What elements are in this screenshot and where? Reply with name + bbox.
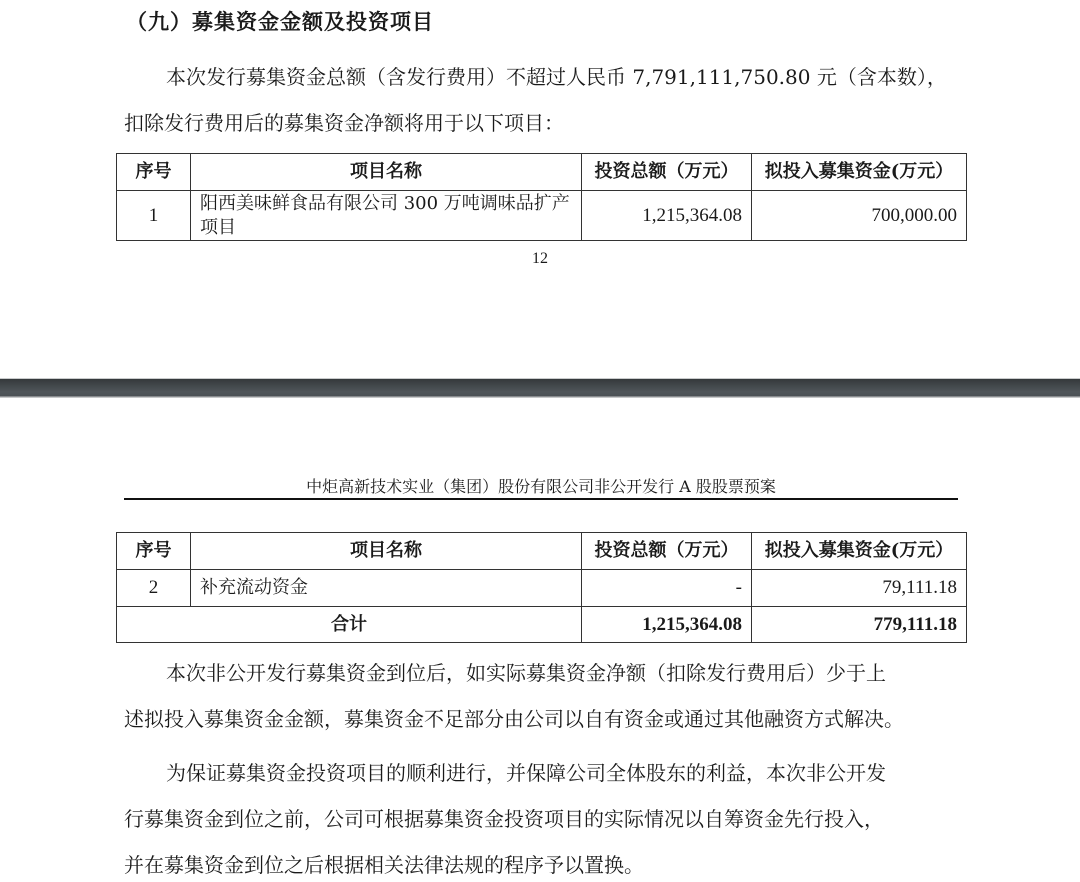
shortfall-paragraph-line: 本次非公开发行募集资金到位后，如实际募集资金净额（扣除发行费用后）少于上 — [124, 650, 974, 696]
shortfall-paragraph: 本次非公开发行募集资金到位后，如实际募集资金净额（扣除发行费用后）少于上 述拟投… — [124, 650, 974, 742]
total-label: 合计 — [117, 607, 582, 643]
shortfall-paragraph-line: 述拟投入募集资金金额，募集资金不足部分由公司以自有资金或通过其他融资方式解决。 — [124, 696, 974, 742]
row-project-name: 补充流动资金 — [191, 570, 582, 607]
header-raised-funds: 拟投入募集资金(万元） — [752, 154, 967, 191]
intro-paragraph-line: 本次发行募集资金总额（含发行费用）不超过人民币 7,791,111,750.80… — [124, 54, 974, 100]
header-raised-funds: 拟投入募集资金(万元） — [752, 533, 967, 570]
header-total-investment: 投资总额（万元） — [582, 533, 752, 570]
header-index: 序号 — [117, 154, 191, 191]
row-index: 2 — [117, 570, 191, 607]
section-title: （九）募集资金金额及投资项目 — [126, 6, 434, 38]
row-index: 1 — [117, 191, 191, 241]
row-total-investment: 1,215,364.08 — [582, 191, 752, 241]
header-index: 序号 — [117, 533, 191, 570]
row-project-name: 阳西美味鲜食品有限公司 300 万吨调味品扩产项目 — [191, 191, 582, 241]
header-total-investment: 投资总额（万元） — [582, 154, 752, 191]
total-investment-sum: 1,215,364.08 — [582, 607, 752, 643]
page-number: 12 — [0, 250, 1080, 268]
table-header-row: 序号 项目名称 投资总额（万元） 拟投入募集资金(万元） — [117, 533, 967, 570]
row-raised-funds: 700,000.00 — [752, 191, 967, 241]
intro-paragraph: 本次发行募集资金总额（含发行费用）不超过人民币 7,791,111,750.80… — [124, 54, 974, 146]
projects-table-page1: 序号 项目名称 投资总额（万元） 拟投入募集资金(万元） 1 阳西美味鲜食品有限… — [116, 153, 967, 241]
table-header-row: 序号 项目名称 投资总额（万元） 拟投入募集资金(万元） — [117, 154, 967, 191]
header-project-name: 项目名称 — [191, 533, 582, 570]
row-total-investment: - — [582, 570, 752, 607]
projects-table-page2: 序号 项目名称 投资总额（万元） 拟投入募集资金(万元） 2 补充流动资金 - … — [116, 532, 967, 643]
prefunding-paragraph-line: 并在募集资金到位之后根据相关法律法规的程序予以置换。 — [124, 842, 974, 882]
raised-funds-sum: 779,111.18 — [752, 607, 967, 643]
table-row: 2 补充流动资金 - 79,111.18 — [117, 570, 967, 607]
row-raised-funds: 79,111.18 — [752, 570, 967, 607]
prefunding-paragraph-line: 为保证募集资金投资项目的顺利进行，并保障公司全体股东的利益，本次非公开发 — [124, 750, 974, 796]
table-total-row: 合计 1,215,364.08 779,111.18 — [117, 607, 967, 643]
header-project-name: 项目名称 — [191, 154, 582, 191]
prefunding-paragraph-line: 行募集资金到位之前，公司可根据募集资金投资项目的实际情况以自筹资金先行投入， — [124, 796, 974, 842]
intro-paragraph-line: 扣除发行费用后的募集资金净额将用于以下项目： — [124, 100, 974, 146]
table-row: 1 阳西美味鲜食品有限公司 300 万吨调味品扩产项目 1,215,364.08… — [117, 191, 967, 241]
header-rule — [124, 498, 958, 500]
page-separator — [0, 378, 1080, 398]
prefunding-paragraph: 为保证募集资金投资项目的顺利进行，并保障公司全体股东的利益，本次非公开发 行募集… — [124, 750, 974, 882]
running-header: 中炬高新技术实业（集团）股份有限公司非公开发行 A 股股票预案 — [124, 476, 958, 498]
